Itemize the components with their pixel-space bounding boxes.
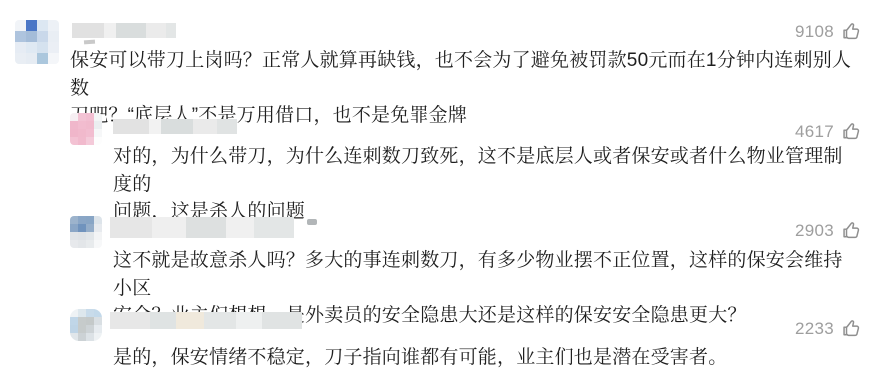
comment-text-line: 对的，为什么带刀，为什么连刺数刀致死，这不是底层人或者保安或者什么物业管理制度的 bbox=[113, 143, 861, 198]
avatar-blur-mosaic bbox=[70, 309, 102, 341]
thumbs-up-icon bbox=[841, 220, 862, 241]
comment-row: 4617 对的，为什么带刀，为什么连刺数刀致死，这不是底层人或者保安或者什么物业… bbox=[0, 112, 889, 204]
username-blur-blocks bbox=[110, 312, 305, 330]
like-count: 2903 bbox=[795, 221, 834, 241]
username-redacted[interactable] bbox=[72, 23, 178, 39]
comment-text-line: 是的，保安情绪不稳定，刀子指向谁都有可能，业主们也是潜在受害者。 bbox=[113, 344, 861, 372]
comment-text-line: 这不就是故意杀人吗？多大的事连刺数刀，有多少物业摆不正位置，这样的保安会维持小区 bbox=[113, 247, 861, 302]
like-button[interactable]: 2233 bbox=[795, 318, 862, 339]
comment-row: 9108 保安可以带刀上岗吗？正常人就算再缺钱，也不会为了避免被罚款50元而在1… bbox=[0, 20, 889, 106]
comment-text: 对的，为什么带刀，为什么连刺数刀致死，这不是底层人或者保安或者什么物业管理制度的… bbox=[113, 143, 861, 226]
user-avatar[interactable] bbox=[70, 216, 102, 248]
username-redacted[interactable] bbox=[110, 216, 320, 232]
avatar-blur-mosaic bbox=[70, 113, 102, 145]
avatar-blur-mosaic bbox=[15, 20, 59, 64]
user-avatar[interactable] bbox=[70, 309, 102, 341]
thumbs-up-icon bbox=[841, 318, 862, 339]
comment-text: 是的，保安情绪不稳定，刀子指向谁都有可能，业主们也是潜在受害者。 bbox=[113, 344, 861, 372]
username-blur-blocks bbox=[72, 23, 178, 45]
user-avatar[interactable] bbox=[15, 20, 59, 64]
like-count: 2233 bbox=[795, 319, 834, 339]
comment-text-line: 保安可以带刀上岗吗？正常人就算再缺钱，也不会为了避免被罚款50元而在1分钟内连刺… bbox=[70, 47, 861, 102]
like-button[interactable]: 2903 bbox=[795, 220, 862, 241]
thumbs-up-icon bbox=[841, 121, 862, 142]
avatar-blur-mosaic bbox=[70, 216, 102, 248]
like-count: 4617 bbox=[795, 122, 834, 142]
thumbs-up-icon bbox=[841, 21, 862, 42]
username-redacted[interactable] bbox=[113, 119, 237, 135]
like-button[interactable]: 9108 bbox=[795, 21, 862, 42]
user-avatar[interactable] bbox=[70, 113, 102, 145]
username-blur-blocks bbox=[113, 119, 237, 134]
comment-section: 9108 保安可以带刀上岗吗？正常人就算再缺钱，也不会为了避免被罚款50元而在1… bbox=[0, 0, 889, 392]
like-button[interactable]: 4617 bbox=[795, 121, 862, 142]
comment-row: 2903 这不就是故意杀人吗？多大的事连刺数刀，有多少物业摆不正位置，这样的保安… bbox=[0, 215, 889, 307]
comment-row: 2233 是的，保安情绪不稳定，刀子指向谁都有可能，业主们也是潜在受害者。 bbox=[0, 308, 889, 378]
like-count: 9108 bbox=[795, 22, 834, 42]
username-redacted[interactable] bbox=[110, 312, 305, 328]
username-blur-blocks bbox=[110, 216, 320, 240]
